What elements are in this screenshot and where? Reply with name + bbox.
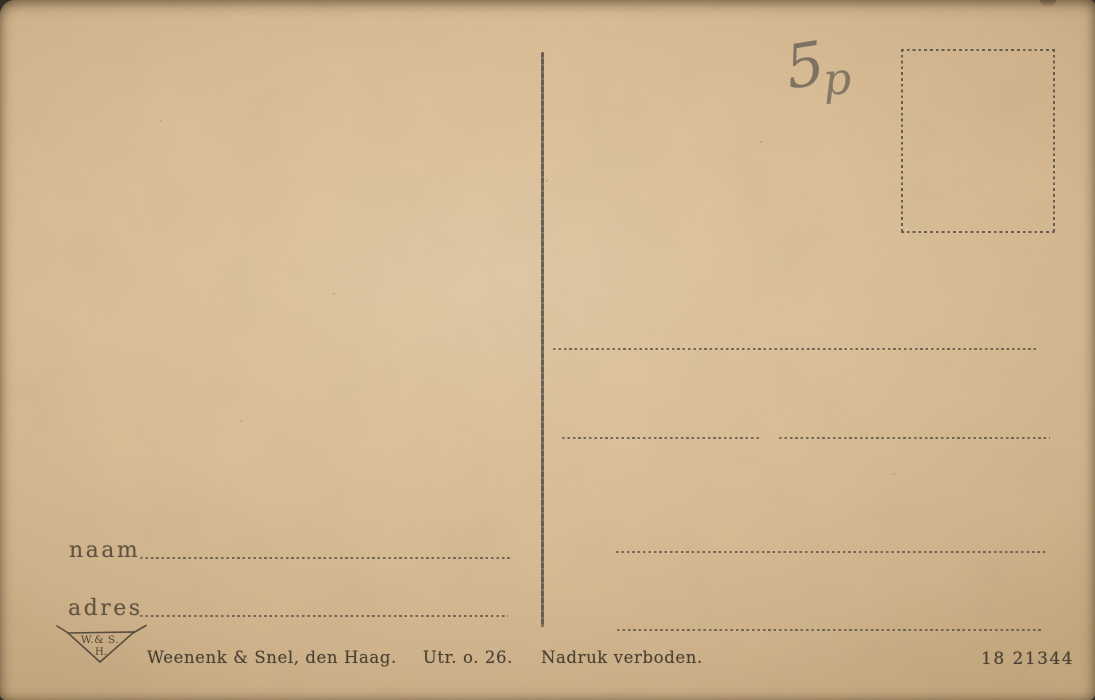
logo-text-top: W.& S. [81,634,119,646]
address-writing-line [553,348,1038,350]
pencil-note-digit: 5 [781,28,830,103]
imprint-reference: Utr. o. 26. [423,648,513,667]
stamp-box-edge [901,49,1055,51]
publisher-logo: W.& S. H. [53,618,153,670]
postcard-back: 5 p naam adres W.& S. H. Weenenk & Snel,… [0,0,1095,700]
stamp-box-edge [1053,49,1055,233]
publisher-imprint: Weenenk & Snel, den Haag.Utr. o. 26.Nadr… [147,648,703,667]
paper-speck [333,293,335,295]
paper-speck [240,420,242,422]
publisher-name: Weenenk & Snel, den Haag. [147,648,397,667]
logo-text-bottom: H. [95,647,107,658]
address-writing-line [617,629,1043,631]
paper-speck [160,120,162,122]
address-writing-line [562,437,762,439]
paper-speck [546,180,548,182]
paper-tear [1040,0,1056,7]
stamp-box [901,49,1055,233]
copyright-notice: Nadruk verboden. [541,648,703,667]
name-field-label: naam [69,538,140,563]
address-writing-line [779,437,1050,439]
serial-number: 18 21344 [981,649,1074,669]
paper-speck [893,473,895,475]
paper-speck [760,141,762,143]
divider-line [541,52,544,627]
stamp-box-edge [901,49,903,233]
address-writing-line [140,615,508,617]
name-writing-line [140,557,510,559]
stamp-box-edge [901,231,1055,233]
address-writing-line [616,551,1046,553]
pencil-note-letter: p [821,53,853,106]
